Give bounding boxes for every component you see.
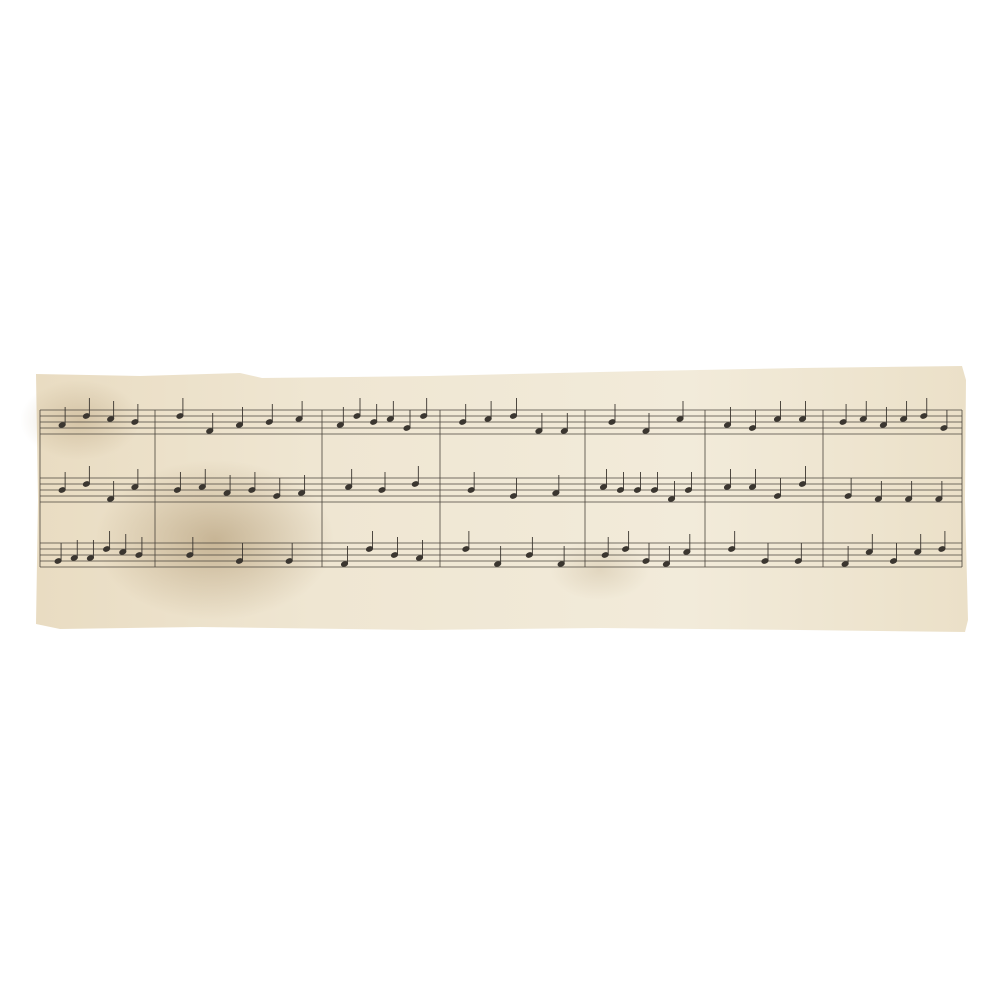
stain bbox=[20, 380, 140, 460]
sheet-music-photo bbox=[0, 0, 1000, 1000]
